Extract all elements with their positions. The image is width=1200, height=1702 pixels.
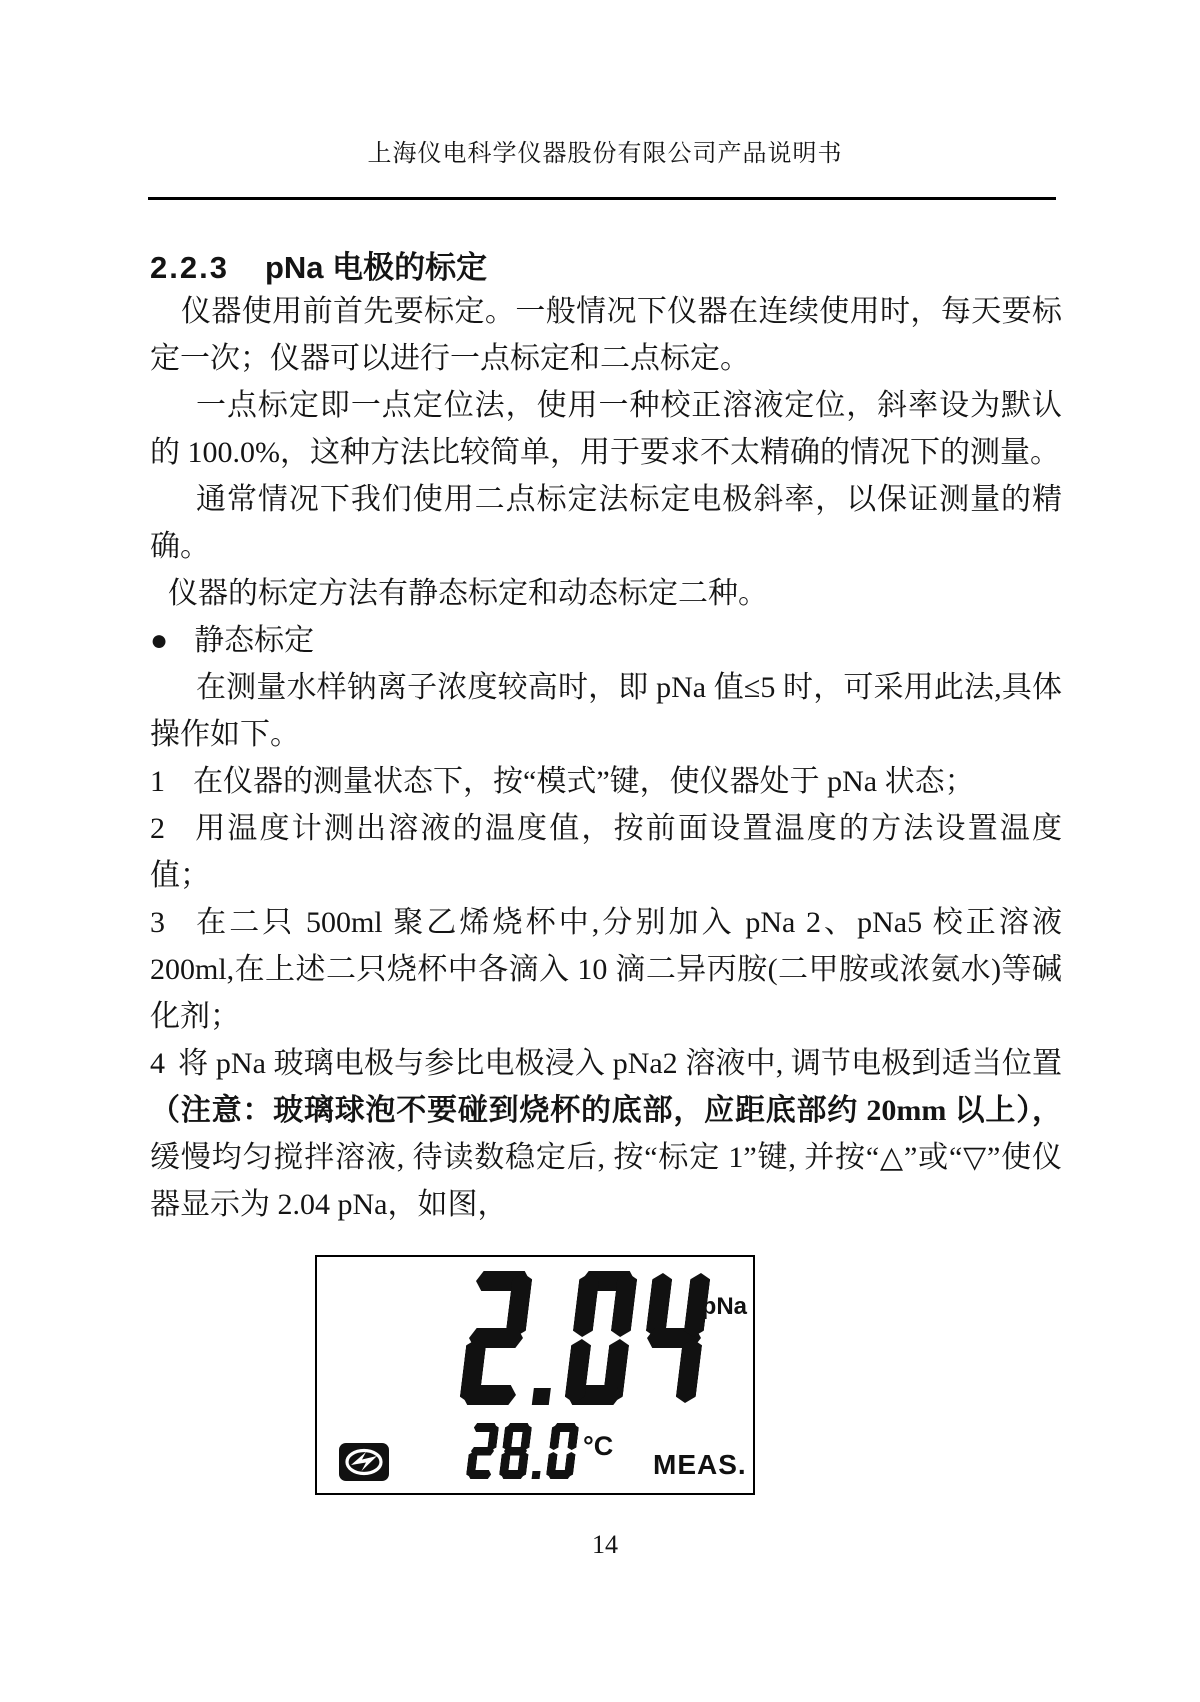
section-number: 2.2.3 [150, 250, 229, 285]
step-item: 2用温度计测出溶液的温度值，按前面设置温度的方法设置温度值； [150, 805, 1062, 899]
header-divider [148, 197, 1056, 200]
step-item: 4将 pNa 玻璃电极与参比电极浸入 pNa2 溶液中, 调节电极到适当位置（注… [150, 1040, 1062, 1228]
step-text: 将 pNa 玻璃电极与参比电极浸入 pNa2 溶液中, 调节电极到适当位置 [178, 1047, 1062, 1080]
step-number: 4 [150, 1047, 165, 1080]
paragraph: 在测量水样钠离子浓度较高时，即 pNa 值≤5 时，可采用此法,具体操作如下。 [150, 664, 1062, 758]
lcd-main-unit-label: pNa [702, 1293, 747, 1321]
step-number: 1 [150, 765, 165, 798]
lcd-temperature-value [466, 1423, 580, 1479]
paragraph: 通常情况下我们使用二点标定法标定电极斜率，以保证测量的精确。 [150, 476, 1062, 570]
step-text: 在仪器的测量状态下，按“模式”键，使仪器处于 pNa 状态； [193, 765, 975, 798]
step-text: 用温度计测出溶液的温度值，按前面设置温度的方法设置温度值； [150, 812, 1062, 892]
lcd-main-value [459, 1271, 711, 1405]
step-item: 1在仪器的测量状态下，按“模式”键，使仪器处于 pNa 状态； [150, 758, 1062, 805]
lcd-temperature-unit-label: °C [583, 1431, 613, 1462]
body-text: 仪器使用前首先要标定。一般情况下仪器在连续使用时，每天要标定一次；仪器可以进行一… [150, 288, 1062, 1228]
bullet-dot-icon: ● [150, 617, 168, 664]
step-number: 2 [150, 812, 165, 845]
paragraph: 仪器使用前首先要标定。一般情况下仪器在连续使用时，每天要标定一次；仪器可以进行一… [150, 288, 1062, 382]
paragraph: 仪器的标定方法有静态标定和动态标定二种。 [150, 570, 1062, 617]
step-text: 在二只 500ml 聚乙烯烧杯中,分别加入 pNa 2、pNa5 校正溶液 20… [150, 906, 1062, 1033]
step-number: 3 [150, 906, 165, 939]
step-note-bold: （注意：玻璃球泡不要碰到烧杯的底部，应距底部约 20mm 以上）， [150, 1094, 1062, 1127]
step-text: 缓慢均匀搅拌溶液, 待读数稳定后, 按“标定 1”键, 并按“△”或“▽”使仪器… [150, 1141, 1062, 1221]
lcd-display-figure: pNa °C MEAS. [315, 1255, 755, 1495]
step-item: 3在二只 500ml 聚乙烯烧杯中,分别加入 pNa 2、pNa5 校正溶液 2… [150, 899, 1062, 1040]
page-number: 14 [150, 1530, 1060, 1560]
section-heading: 2.2.3pNa 电极的标定 [150, 248, 1060, 288]
leici-brand-logo-icon [339, 1443, 389, 1481]
bullet-line: ● 静态标定 [150, 617, 1062, 664]
section-title: pNa 电极的标定 [265, 250, 487, 285]
paragraph: 一点标定即一点定位法，使用一种校正溶液定位，斜率设为默认的 100.0%，这种方… [150, 382, 1062, 476]
doc-header-title: 上海仪电科学仪器股份有限公司产品说明书 [150, 0, 1060, 170]
bullet-title: 静态标定 [194, 617, 314, 664]
document-page: 上海仪电科学仪器股份有限公司产品说明书 2.2.3pNa 电极的标定 仪器使用前… [0, 0, 1200, 1702]
lcd-mode-label: MEAS. [653, 1449, 747, 1481]
